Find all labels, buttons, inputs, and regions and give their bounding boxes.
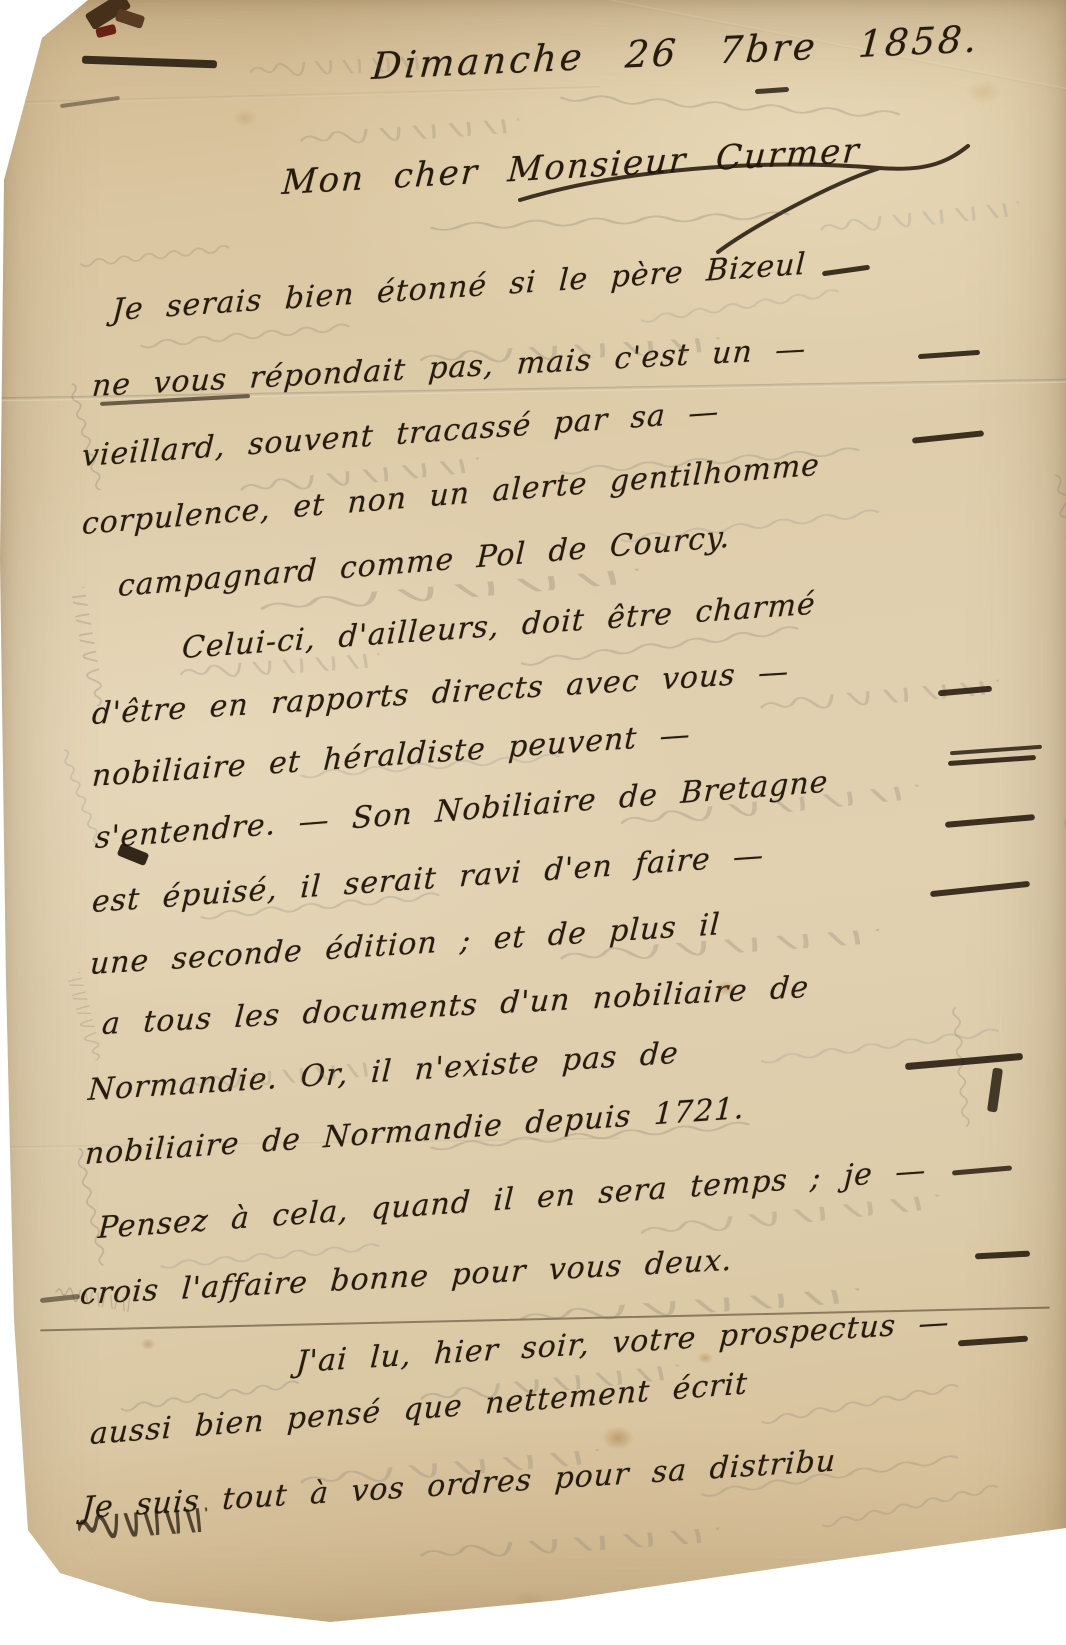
bleedthrough-writing <box>760 1025 1000 1068</box>
ink-dash <box>60 96 120 108</box>
ink-dash <box>950 745 1042 755</box>
letter-paper: Dimanche 26 7bre 1858. Mon cher Monsieur… <box>0 0 1066 1645</box>
bleedthrough-writing <box>71 587 106 708</box>
bleedthrough-writing <box>560 91 900 123</box>
bleedthrough-writing <box>140 321 350 353</box>
bleedthrough-writing <box>430 209 790 236</box>
bleedthrough-writing <box>67 972 104 1063</box>
ink-dash <box>918 350 980 359</box>
body-line: Celui-ci, d'ailleurs, doit être charmé <box>181 590 816 664</box>
bleedthrough-writing <box>300 118 520 147</box>
ink-dash <box>905 1053 1023 1070</box>
fold-crease <box>0 86 600 105</box>
paper-fragment <box>115 8 146 29</box>
bleedthrough-writing <box>760 1381 959 1430</box>
body-line: Je serais bien étonné si le père Bizeul <box>111 250 807 326</box>
dateline: Dimanche 26 7bre 1858. <box>371 20 981 85</box>
ink-dash <box>952 1165 1012 1175</box>
paper-stain <box>512 1591 548 1609</box>
bleedthrough-writing <box>640 286 840 328</box>
body-line: une seconde édition ; et de plus il <box>89 910 721 980</box>
ink-dash <box>822 265 870 277</box>
bleedthrough-writing <box>1049 473 1066 622</box>
body-line: Je suis tout à vos ordres pour sa distri… <box>81 1446 837 1524</box>
bleedthrough-writing <box>760 680 1000 715</box>
bleedthrough-writing <box>420 1528 720 1563</box>
paper-stain <box>64 1581 116 1609</box>
body-line: J'ai lu, hier soir, votre prospectus — <box>295 1308 950 1378</box>
paper-stain <box>966 80 1002 104</box>
body-line: aussi bien pensé que nettement écrit <box>89 1369 748 1450</box>
ink-dash <box>958 1336 1028 1347</box>
bleedthrough-writing <box>820 202 1020 237</box>
ink-dash <box>945 814 1035 828</box>
ink-dash <box>912 430 984 443</box>
body-line: Normandie. Or, il n'existe pas de <box>87 1039 680 1106</box>
bleedthrough-writing <box>821 1481 1000 1532</box>
body-line: crois l'affaire bonne pour vous deux. <box>79 1246 734 1310</box>
paper-stain <box>602 1426 634 1450</box>
body-line: vieillard, souvent tracassé par sa — <box>81 397 720 472</box>
salutation: Mon cher Monsieur Curmer <box>281 134 862 201</box>
ink-dash <box>755 87 789 94</box>
ink-dash <box>975 1251 1030 1260</box>
bleedthrough-writing <box>880 1546 1030 1581</box>
paper-stain <box>140 1338 156 1350</box>
bleedthrough-writing <box>948 1007 972 1128</box>
ink-dash <box>987 1068 1003 1113</box>
body-line: campagnard comme Pol de Courcy. <box>117 523 731 602</box>
body-line: ne vous répondait pas, mais c'est un — <box>91 334 807 402</box>
body-line: nobiliaire de Normandie depuis 1721. <box>84 1094 745 1170</box>
ink-dash <box>930 881 1030 897</box>
body-line: a tous les documents d'un nobiliaire de <box>101 973 810 1040</box>
paper-stain <box>233 109 257 127</box>
ink-dash <box>82 56 217 69</box>
bleedthrough-writing <box>80 242 231 272</box>
ink-dash <box>938 686 992 697</box>
ink-dash <box>40 1294 80 1303</box>
body-line: est épuisé, il serait ravi d'en faire — <box>91 841 765 918</box>
body-line: Pensez à cela, quand il en sera temps ; … <box>97 1156 927 1244</box>
scanned-letter: Dimanche 26 7bre 1858. Mon cher Monsieur… <box>0 0 1066 1645</box>
ink-dash <box>948 755 1036 766</box>
paper-fragment <box>95 24 117 39</box>
bleedthrough-writing <box>1059 817 1066 957</box>
paper-fragment <box>85 0 132 30</box>
